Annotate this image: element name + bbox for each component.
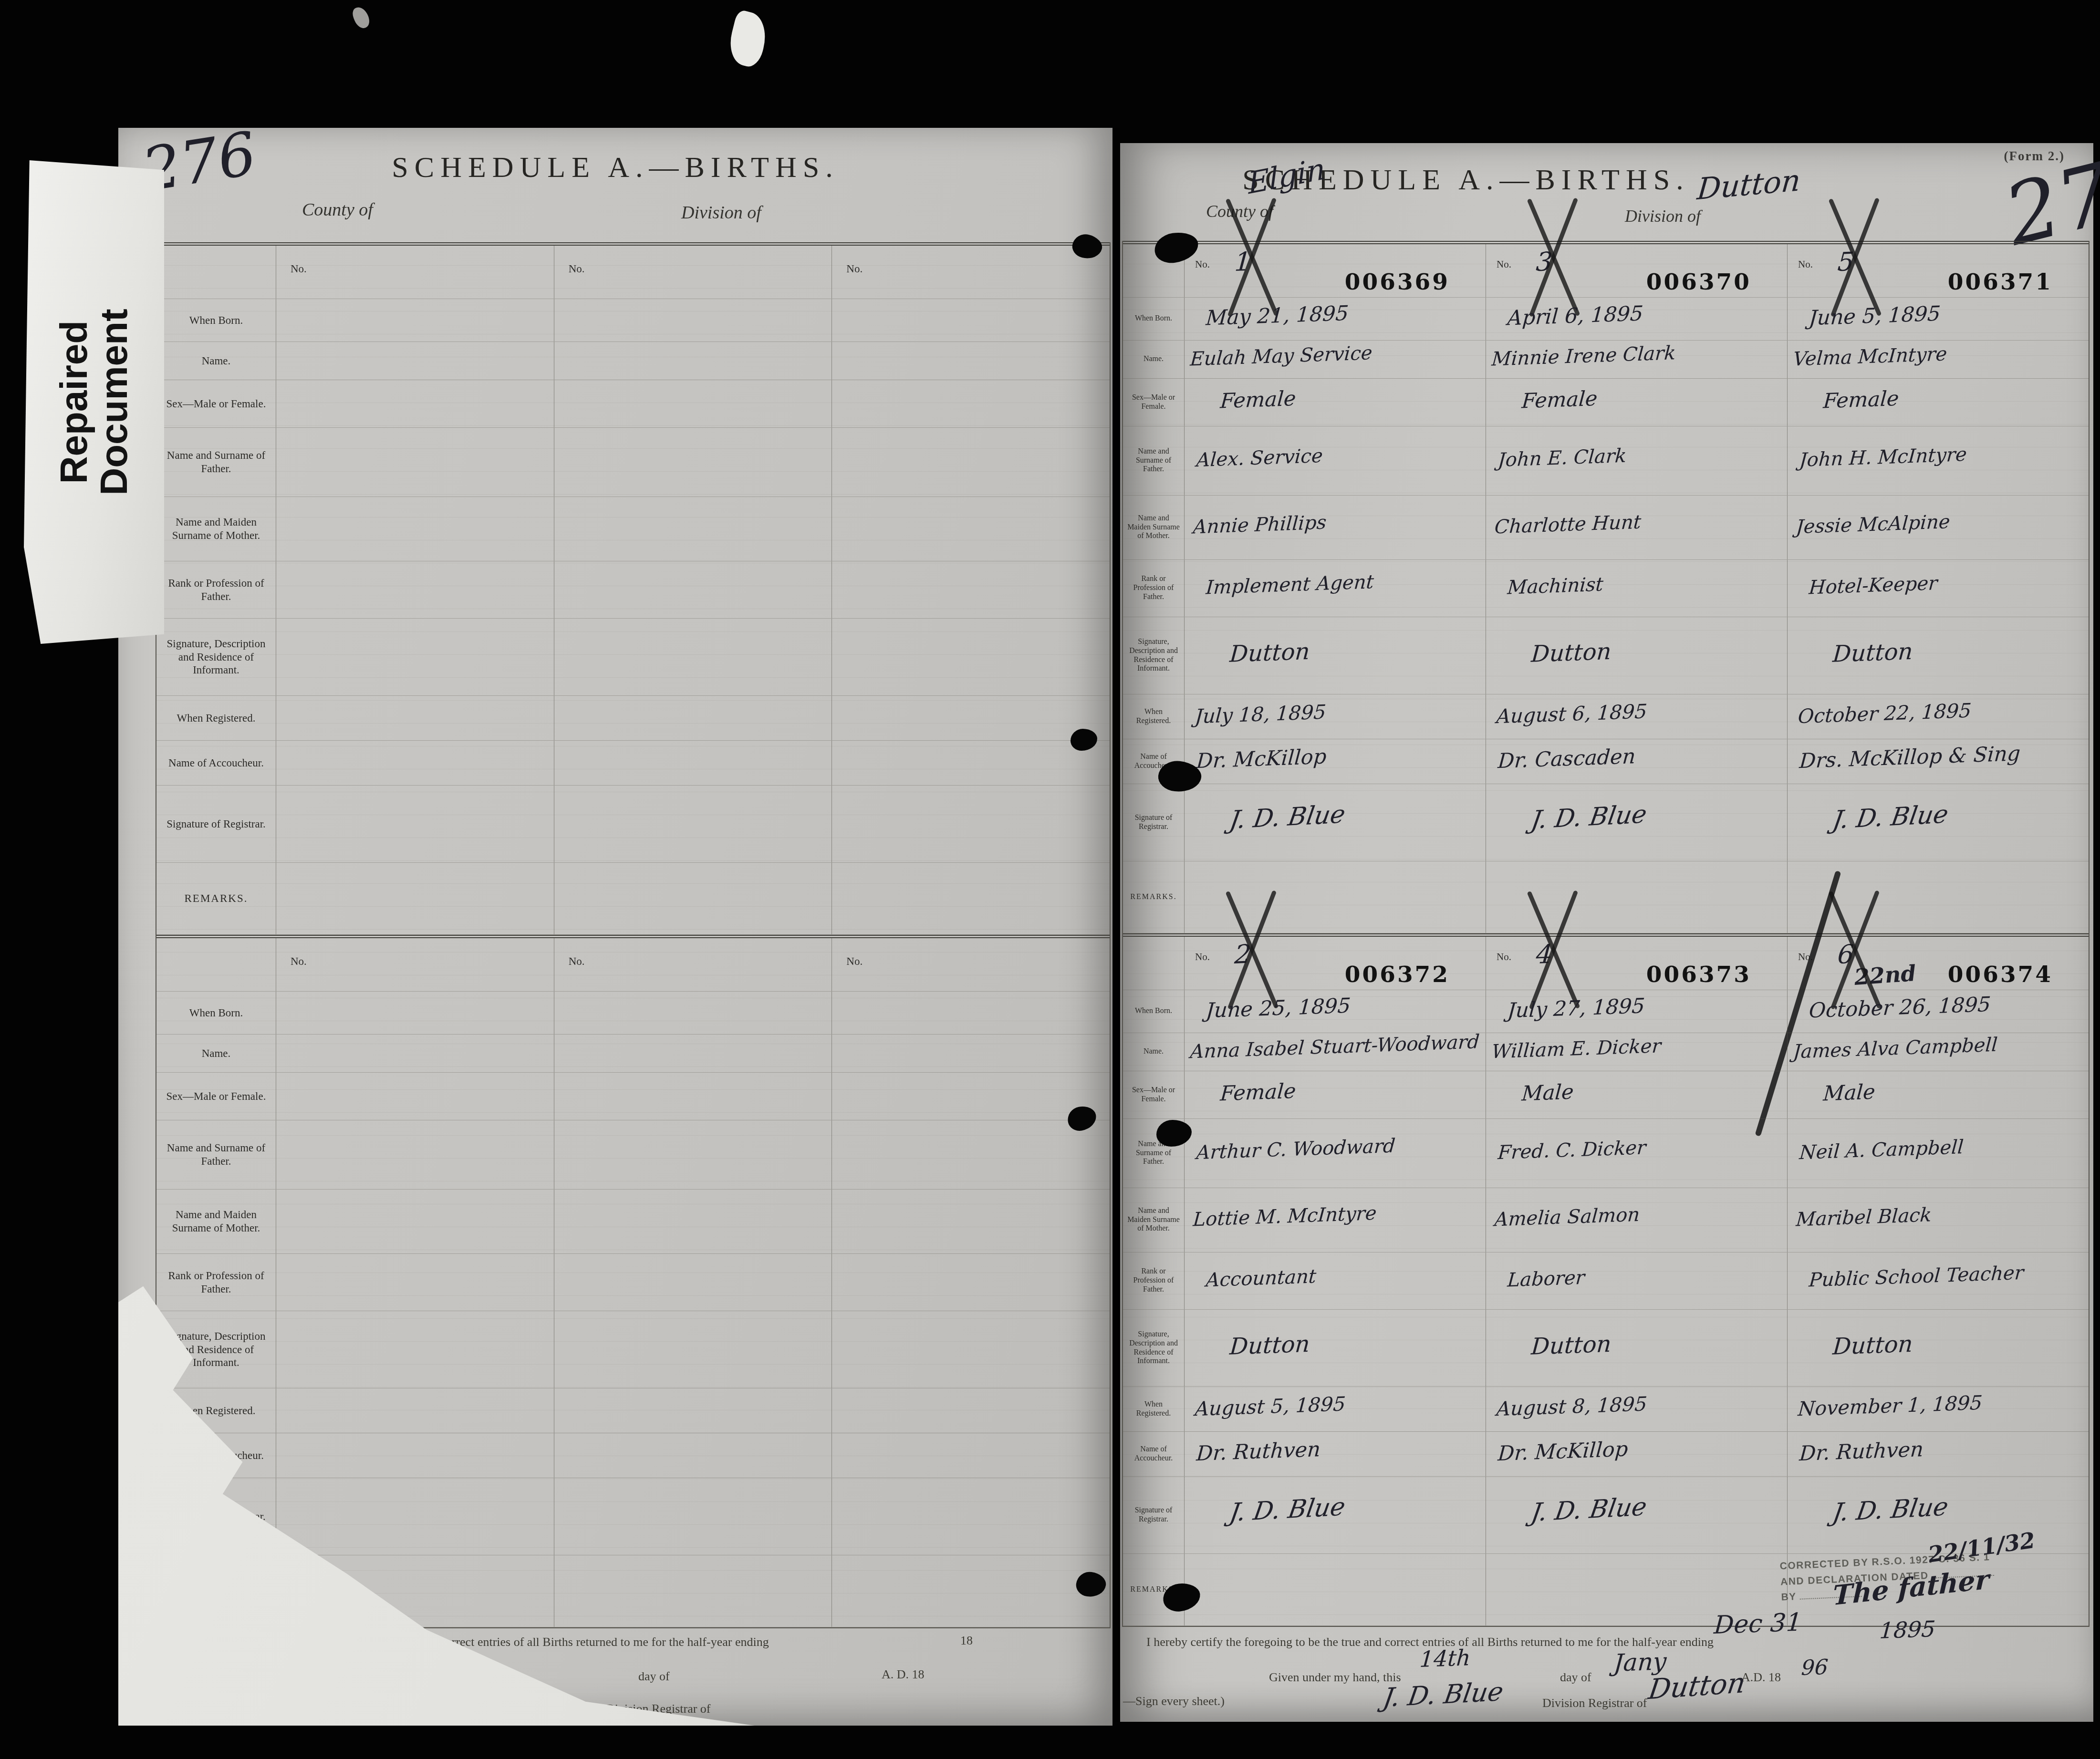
cell-remarks — [832, 1555, 1110, 1627]
county-of-label: County of — [302, 199, 373, 220]
row-label: REMARKS. — [156, 1555, 276, 1627]
table-row: Sex—Male or Female. — [156, 1073, 1110, 1120]
table-row: No.No.No. — [156, 246, 1110, 299]
row-label: When Born. — [156, 299, 276, 341]
table-row: Name and Surname of Father.Arthur C. Woo… — [1123, 1119, 2089, 1188]
cell-sex — [554, 380, 832, 427]
cell-registrar — [276, 1478, 554, 1555]
table-row: When Born. — [156, 299, 1110, 342]
cell-registrar — [276, 786, 554, 862]
row-label: When Registered. — [156, 1388, 276, 1433]
accoucheur-value: Dr. McKillop — [1485, 1437, 1629, 1466]
registrar-value: J. D. Blue — [1484, 800, 1649, 837]
cell-name: Minnie Irene Clark — [1486, 341, 1787, 378]
table-row: Sex—Male or Female.FemaleFemaleFemale — [1123, 379, 2089, 426]
row-label: Rank or Profession of Father. — [1123, 560, 1184, 617]
cell-registrar: J. D. Blue — [1486, 1477, 1787, 1553]
informant-value: Dutton — [1485, 638, 1612, 669]
record-number-value: 2 — [1234, 939, 1252, 970]
cell-name — [832, 1035, 1110, 1072]
table-row: Name.Eulah May ServiceMinnie Irene Clark… — [1123, 341, 2089, 379]
no-label: No. — [569, 263, 585, 275]
cell-when_born: October 26, 1895 — [1787, 990, 2089, 1033]
cell-sex: Female — [1184, 1071, 1486, 1118]
cell-when_registered — [554, 696, 832, 740]
cell-when_registered: August 6, 1895 — [1486, 694, 1787, 739]
table-row: Rank or Profession of Father.Implement A… — [1123, 560, 2089, 617]
record-header-cell: No. — [276, 246, 554, 299]
table-row: When Born. — [156, 992, 1110, 1035]
when_registered-value: October 22, 1895 — [1787, 699, 1972, 728]
row-label: Name and Maiden Surname of Mother. — [1123, 1188, 1184, 1252]
cell-informant: Dutton — [1184, 1310, 1486, 1387]
day-of-label: day of — [638, 1669, 670, 1684]
cell-sex: Male — [1486, 1071, 1787, 1118]
rank-value: Public School Teacher — [1787, 1262, 2024, 1292]
cell-registrar — [554, 786, 832, 862]
cell-rank: Machinist — [1486, 560, 1787, 617]
cell-remarks — [554, 1555, 832, 1627]
row-label: Signature of Registrar. — [156, 786, 276, 862]
table-row: Signature, Description and Residence of … — [156, 619, 1110, 696]
cell-name: Eulah May Service — [1184, 341, 1486, 378]
cell-sex — [832, 1073, 1110, 1120]
table-row: When Registered. — [156, 696, 1110, 741]
no-label: No. — [846, 955, 863, 968]
cell-informant — [832, 1311, 1110, 1388]
paper-scrap — [350, 5, 372, 31]
record-number-value: 5 — [1837, 247, 1855, 277]
father-value: Arthur C. Woodward — [1184, 1135, 1396, 1165]
table-row: Name.Anna Isabel Stuart-WoodwardWilliam … — [1123, 1033, 2089, 1071]
cell-rank — [554, 1254, 832, 1311]
cell-informant: Dutton — [1184, 617, 1486, 694]
table-row: Sex—Male or Female.FemaleMaleMale — [1123, 1071, 2089, 1119]
cell-when_registered — [832, 1388, 1110, 1433]
row-label: Signature of Registrar. — [1123, 1477, 1184, 1553]
repaired-document-text: Repaired Document — [54, 309, 134, 495]
when_born-value: July 27, 1895 — [1485, 994, 1645, 1024]
division-registrar-label: Division Registrar of — [606, 1702, 711, 1716]
rank-value: Implement Agent — [1184, 571, 1374, 600]
when_born-value: June 25, 1895 — [1184, 993, 1351, 1023]
sign-every-sheet-note: —Sign every sheet.) — [1123, 1694, 1225, 1708]
cell-mother: Charlotte Hunt — [1486, 496, 1787, 559]
row-label: Name of Accoucheur. — [1123, 1432, 1184, 1476]
cell-remarks — [276, 1555, 554, 1627]
row-label: When Born. — [1123, 990, 1184, 1033]
cell-when_registered: November 1, 1895 — [1787, 1387, 2089, 1431]
cell-sex — [554, 1073, 832, 1120]
cell-sex — [276, 380, 554, 427]
cell-remarks: The fatherCORRECTED BY R.S.O. 1927 C. 36… — [1787, 1554, 2089, 1625]
no-label: No. — [1497, 259, 1511, 270]
table-row: REMARKS. — [156, 1555, 1110, 1627]
register-page-left: 276 SCHEDULE A.—BIRTHS. County of Divisi… — [118, 128, 1112, 1726]
row-label: Signature, Description and Residence of … — [1123, 1310, 1184, 1387]
cell-rank: Hotel-Keeper — [1787, 560, 2089, 617]
cell-rank: Public School Teacher — [1787, 1252, 2089, 1309]
registration-number: 006370 — [1646, 269, 1751, 295]
cell-informant: Dutton — [1787, 617, 2089, 694]
row-label: Name. — [1123, 341, 1184, 378]
registrar-value: J. D. Blue — [1182, 800, 1347, 837]
rank-value: Machinist — [1485, 573, 1604, 600]
mother-value: Maribel Black — [1787, 1204, 1932, 1231]
register-page-right: (Form 2.) 277 SCHEDULE A.—BIRTHS. County… — [1120, 143, 2093, 1722]
cell-name — [276, 342, 554, 380]
no-label: No. — [1195, 259, 1210, 270]
table-row: Name. — [156, 1035, 1110, 1073]
division-of-label: Division of — [681, 202, 761, 223]
no-label: No. — [291, 263, 307, 275]
record-header-cell: No. — [276, 938, 554, 991]
sex-value: Male — [1485, 1080, 1574, 1107]
cell-informant — [276, 619, 554, 695]
table-row: Name of Accoucheur. — [156, 741, 1110, 786]
cell-name: Velma McIntyre — [1787, 341, 2089, 378]
table-row: Name and Maiden Surname of Mother. — [156, 497, 1110, 561]
father-value: Neil A. Campbell — [1787, 1136, 1964, 1164]
cell-remarks — [554, 863, 832, 934]
row-label: Sex—Male or Female. — [156, 1073, 276, 1120]
accoucheur-value: Dr. Cascaden — [1485, 744, 1636, 773]
cell-mother — [276, 1190, 554, 1253]
mother-value: Charlotte Hunt — [1485, 511, 1642, 538]
rank-value: Laborer — [1485, 1266, 1585, 1292]
sex-value: Female — [1184, 386, 1297, 414]
cell-father — [276, 1120, 554, 1189]
cell-mother: Lottie M. McIntyre — [1184, 1188, 1486, 1252]
table-row: Name of Accoucheur. — [156, 1433, 1110, 1478]
row-label: Rank or Profession of Father. — [156, 561, 276, 618]
row-label: Name of Accoucheur. — [156, 1433, 276, 1478]
table-row: Rank or Profession of Father.AccountantL… — [1123, 1252, 2089, 1310]
table-row: No.No.No. — [156, 938, 1110, 992]
when_registered-value: November 1, 1895 — [1787, 1391, 1983, 1420]
cell-name: Anna Isabel Stuart-Woodward — [1184, 1033, 1486, 1071]
cell-registrar: J. D. Blue — [1787, 784, 2089, 861]
record-header-cell: No.5006371 — [1787, 244, 2089, 297]
when_registered-value: August 6, 1895 — [1485, 700, 1648, 728]
row-label: Name and Maiden Surname of Mother. — [1123, 496, 1184, 559]
accoucheur-value: Dr. Ruthven — [1184, 1437, 1321, 1466]
table-row: When Born.June 25, 1895July 27, 1895Octo… — [1123, 990, 2089, 1033]
table-row: When Registered.August 5, 1895August 8, … — [1123, 1387, 2089, 1432]
cell-mother: Annie Phillips — [1184, 496, 1486, 559]
cell-remarks — [1184, 861, 1486, 933]
father-value: Fred. C. Dicker — [1485, 1137, 1647, 1164]
registrar-value: J. D. Blue — [1785, 1492, 1950, 1530]
table-row: Signature, Description and Residence of … — [1123, 1310, 2089, 1387]
table-row: Name and Maiden Surname of Mother.Annie … — [1123, 496, 2089, 560]
paper-scrap — [725, 9, 771, 69]
births-table-right: No.1006369No.3006370No.5006371When Born.… — [1122, 241, 2090, 1627]
cell-when_born: June 5, 1895 — [1787, 298, 2089, 340]
name-value: William E. Dicker — [1485, 1035, 1662, 1063]
table-row: Name of Accoucheur.Dr. McKillopDr. Casca… — [1123, 739, 2089, 784]
when_registered-value: August 8, 1895 — [1485, 1392, 1648, 1421]
when_registered-value: August 5, 1895 — [1184, 1392, 1346, 1421]
cell-father: John E. Clark — [1486, 426, 1787, 495]
cell-when_born — [554, 992, 832, 1034]
cell-when_born: July 27, 1895 — [1486, 990, 1787, 1033]
day-of-label: day of — [1560, 1670, 1591, 1685]
cell-accoucheur — [276, 1433, 554, 1478]
given-under-hand: Given under my hand, this — [1269, 1670, 1401, 1685]
registration-number: 006373 — [1646, 962, 1751, 988]
table-row: Signature of Registrar. — [156, 1478, 1110, 1555]
when_born-value: May 21, 1895 — [1184, 301, 1349, 331]
cell-informant — [554, 1311, 832, 1388]
record-block: No.No.No.When Born.Name.Sex—Male or Fema… — [156, 242, 1110, 935]
cell-when_born — [554, 299, 832, 341]
registrar-value: J. D. Blue — [1182, 1492, 1347, 1530]
cell-accoucheur — [276, 741, 554, 785]
cell-father — [832, 428, 1110, 497]
cell-mother — [554, 497, 832, 561]
row-label: When Registered. — [1123, 1387, 1184, 1431]
record-header-cell: No.622nd006374 — [1787, 937, 2089, 990]
record-header-cell: No. — [554, 246, 832, 299]
table-row: When Born.May 21, 1895April 6, 1895June … — [1123, 298, 2089, 341]
table-row: Signature of Registrar. — [156, 786, 1110, 863]
row-label: When Registered. — [1123, 694, 1184, 739]
photographed-birth-register-spread: { "colors": { "background": "#030303", "… — [0, 0, 2100, 1759]
cell-when_born — [276, 992, 554, 1034]
corner-cell — [1123, 937, 1184, 990]
when_born-value: June 5, 1895 — [1787, 301, 1941, 331]
father-value: John H. McIntyre — [1787, 444, 1967, 472]
cell-father: Arthur C. Woodward — [1184, 1119, 1486, 1188]
record-number-value: 1 — [1234, 247, 1252, 277]
certify-year-blank: 18 — [960, 1634, 973, 1648]
registration-number: 006371 — [1948, 269, 2053, 295]
cell-rank — [276, 1254, 554, 1311]
table-row: REMARKS.The fatherCORRECTED BY R.S.O. 19… — [1123, 1554, 2089, 1626]
cell-when_registered — [554, 1388, 832, 1433]
cell-rank — [276, 561, 554, 618]
corner-cell — [156, 938, 276, 991]
half-year-ending-year: 1895 — [1879, 1616, 1936, 1644]
when_born-value: April 6, 1895 — [1485, 301, 1644, 331]
cell-father — [554, 1120, 832, 1189]
registrar-signature: J. D. Blue — [1381, 1676, 1506, 1713]
row-label: Name and Surname of Father. — [1123, 426, 1184, 495]
registrar-value: J. D. Blue — [1785, 800, 1950, 837]
name-value: Minnie Irene Clark — [1485, 342, 1676, 371]
record-number-value: 3 — [1535, 247, 1554, 277]
cell-accoucheur — [554, 741, 832, 785]
cell-name — [276, 1035, 554, 1072]
corner-cell — [156, 246, 276, 299]
table-row: When Registered. — [156, 1388, 1110, 1433]
row-label: Name and Surname of Father. — [156, 428, 276, 497]
page-title-right: SCHEDULE A.—BIRTHS. — [1149, 163, 1783, 197]
cell-accoucheur: Dr. McKillop — [1486, 1432, 1787, 1476]
registrar-value: J. D. Blue — [1484, 1492, 1649, 1530]
repaired-document-tag: Repaired Document — [24, 160, 164, 644]
when_registered-value: July 18, 1895 — [1184, 700, 1327, 728]
row-label: Sex—Male or Female. — [1123, 1071, 1184, 1118]
cell-mother: Jessie McAlpine — [1787, 496, 2089, 559]
table-row: Name and Maiden Surname of Mother.Lottie… — [1123, 1188, 2089, 1252]
cell-accoucheur — [832, 741, 1110, 785]
row-label: Signature, Description and Residence of … — [156, 619, 276, 695]
row-label: When Born. — [156, 992, 276, 1034]
table-row: Name and Surname of Father.Alex. Service… — [1123, 426, 2089, 496]
cell-when_born: June 25, 1895 — [1184, 990, 1486, 1033]
row-label: Name and Surname of Father. — [156, 1120, 276, 1189]
table-row: Name of Accoucheur.Dr. RuthvenDr. McKill… — [1123, 1432, 2089, 1477]
table-row: Signature of Registrar.J. D. BlueJ. D. B… — [1123, 784, 2089, 861]
cell-when_born: May 21, 1895 — [1184, 298, 1486, 340]
registration-number: 006374 — [1948, 962, 2053, 988]
cell-name — [554, 1035, 832, 1072]
half-year-ending-date: Dec 31 — [1713, 1608, 1803, 1640]
cell-when_born — [832, 299, 1110, 341]
cell-registrar — [832, 786, 1110, 862]
cell-rank: Implement Agent — [1184, 560, 1486, 617]
cell-sex: Female — [1787, 379, 2089, 426]
cell-accoucheur — [554, 1433, 832, 1478]
cell-mother — [276, 497, 554, 561]
table-row: Sex—Male or Female. — [156, 380, 1110, 428]
table-row: No.1006369No.3006370No.5006371 — [1123, 244, 2089, 298]
page-title-left: SCHEDULE A.—BIRTHS. — [118, 151, 1112, 185]
cell-mother — [832, 497, 1110, 561]
cell-father — [554, 428, 832, 497]
cell-sex: Male — [1787, 1071, 2089, 1118]
no-label: No. — [569, 955, 585, 968]
cell-sex: Female — [1184, 379, 1486, 426]
row-label: Signature of Registrar. — [1123, 784, 1184, 861]
informant-value: Dutton — [1485, 1330, 1612, 1361]
cell-mother — [832, 1190, 1110, 1253]
cell-remarks — [1184, 1554, 1486, 1625]
cell-informant: Dutton — [1787, 1310, 2089, 1387]
day-value: 14th — [1419, 1645, 1471, 1672]
row-label: REMARKS. — [1123, 861, 1184, 933]
cell-remarks — [1787, 861, 2089, 933]
cell-name: William E. Dicker — [1486, 1033, 1787, 1071]
cell-informant — [554, 619, 832, 695]
cell-accoucheur: Dr. Cascaden — [1486, 739, 1787, 784]
table-row: Name and Maiden Surname of Mother. — [156, 1190, 1110, 1254]
cell-name: James Alva Campbell — [1787, 1033, 2089, 1071]
cell-when_born: April 6, 1895 — [1486, 298, 1787, 340]
cell-remarks — [832, 863, 1110, 934]
table-row: Name. — [156, 342, 1110, 380]
cell-when_born — [276, 299, 554, 341]
row-label: Signature, Description and Residence of … — [156, 1311, 276, 1388]
cell-mother: Amelia Salmon — [1486, 1188, 1787, 1252]
certify-line: the true and correct entries of all Birt… — [378, 1635, 769, 1649]
cell-accoucheur: Dr. Ruthven — [1184, 1432, 1486, 1476]
cell-remarks — [276, 863, 554, 934]
sex-value: Female — [1485, 386, 1598, 414]
sex-value: Female — [1184, 1079, 1297, 1107]
row-label: REMARKS. — [156, 863, 276, 934]
cell-when_registered: July 18, 1895 — [1184, 694, 1486, 739]
row-label: Rank or Profession of Father. — [156, 1254, 276, 1311]
table-row: Signature, Description and Residence of … — [1123, 617, 2089, 694]
accoucheur-value: Drs. McKillop & Sing — [1787, 741, 2021, 773]
cell-rank — [832, 1254, 1110, 1311]
row-label: When Born. — [1123, 298, 1184, 340]
cell-name — [554, 342, 832, 380]
record-header-cell: No. — [832, 246, 1110, 299]
mother-value: Lottie M. McIntyre — [1184, 1202, 1377, 1231]
cell-when_born — [832, 992, 1110, 1034]
cell-sex — [276, 1073, 554, 1120]
cell-sex — [832, 380, 1110, 427]
cell-father: Alex. Service — [1184, 426, 1486, 495]
row-label: Rank or Profession of Father. — [1123, 1252, 1184, 1309]
cell-registrar — [832, 1478, 1110, 1555]
cell-informant: Dutton — [1486, 617, 1787, 694]
row-label: Name. — [156, 342, 276, 380]
record-number-value: 6 — [1837, 939, 1855, 970]
accoucheur-value: Dr. Ruthven — [1787, 1437, 1924, 1466]
cell-registrar: J. D. Blue — [1486, 784, 1787, 861]
no-label: No. — [291, 955, 307, 968]
cell-mother: Maribel Black — [1787, 1188, 2089, 1252]
cell-father — [832, 1120, 1110, 1189]
table-row: When Registered.July 18, 1895August 6, 1… — [1123, 694, 2089, 739]
record-number-correction: 22nd — [1853, 960, 1917, 990]
rank-value: Accountant — [1184, 1265, 1317, 1292]
cell-registrar: J. D. Blue — [1184, 1477, 1486, 1553]
cell-informant — [276, 1311, 554, 1388]
cell-rank: Laborer — [1486, 1252, 1787, 1309]
cell-rank: Accountant — [1184, 1252, 1486, 1309]
no-label: No. — [1798, 259, 1813, 270]
record-header-cell: No.2006372 — [1184, 937, 1486, 990]
record-block: No.2006372No.4006373No.622nd006374When B… — [1123, 933, 2089, 1626]
record-header-cell: No. — [832, 938, 1110, 991]
informant-value: Dutton — [1184, 1330, 1311, 1361]
table-row: Name and Surname of Father. — [156, 1120, 1110, 1190]
cell-when_registered: August 5, 1895 — [1184, 1387, 1486, 1431]
sex-value: Male — [1787, 1080, 1876, 1107]
row-label: Name. — [156, 1035, 276, 1072]
informant-value: Dutton — [1184, 638, 1311, 669]
cell-accoucheur — [832, 1433, 1110, 1478]
table-row: Rank or Profession of Father. — [156, 1254, 1110, 1311]
record-header-cell: No. — [554, 938, 832, 991]
informant-value: Dutton — [1787, 1330, 1914, 1361]
row-label: Sex—Male or Female. — [156, 380, 276, 427]
cell-accoucheur: Drs. McKillop & Sing — [1787, 739, 2089, 784]
mother-value: Annie Phillips — [1184, 512, 1327, 539]
row-label: Sex—Male or Female. — [1123, 379, 1184, 426]
cell-father: Neil A. Campbell — [1787, 1119, 2089, 1188]
name-value: Eulah May Service — [1184, 342, 1373, 371]
county-of-label: County of — [1206, 201, 1273, 221]
cell-informant — [832, 619, 1110, 695]
no-label: No. — [846, 263, 863, 275]
cell-father — [276, 428, 554, 497]
row-label: When Registered. — [156, 696, 276, 740]
cell-when_registered — [276, 696, 554, 740]
cell-when_registered: August 8, 1895 — [1486, 1387, 1787, 1431]
row-label: Name and Maiden Surname of Mother. — [156, 1190, 276, 1253]
father-value: Alex. Service — [1184, 445, 1323, 472]
cell-registrar: J. D. Blue — [1184, 784, 1486, 861]
table-row: REMARKS. — [1123, 861, 2089, 933]
record-block: No.No.No.When Born.Name.Sex—Male or Fema… — [156, 935, 1110, 1627]
